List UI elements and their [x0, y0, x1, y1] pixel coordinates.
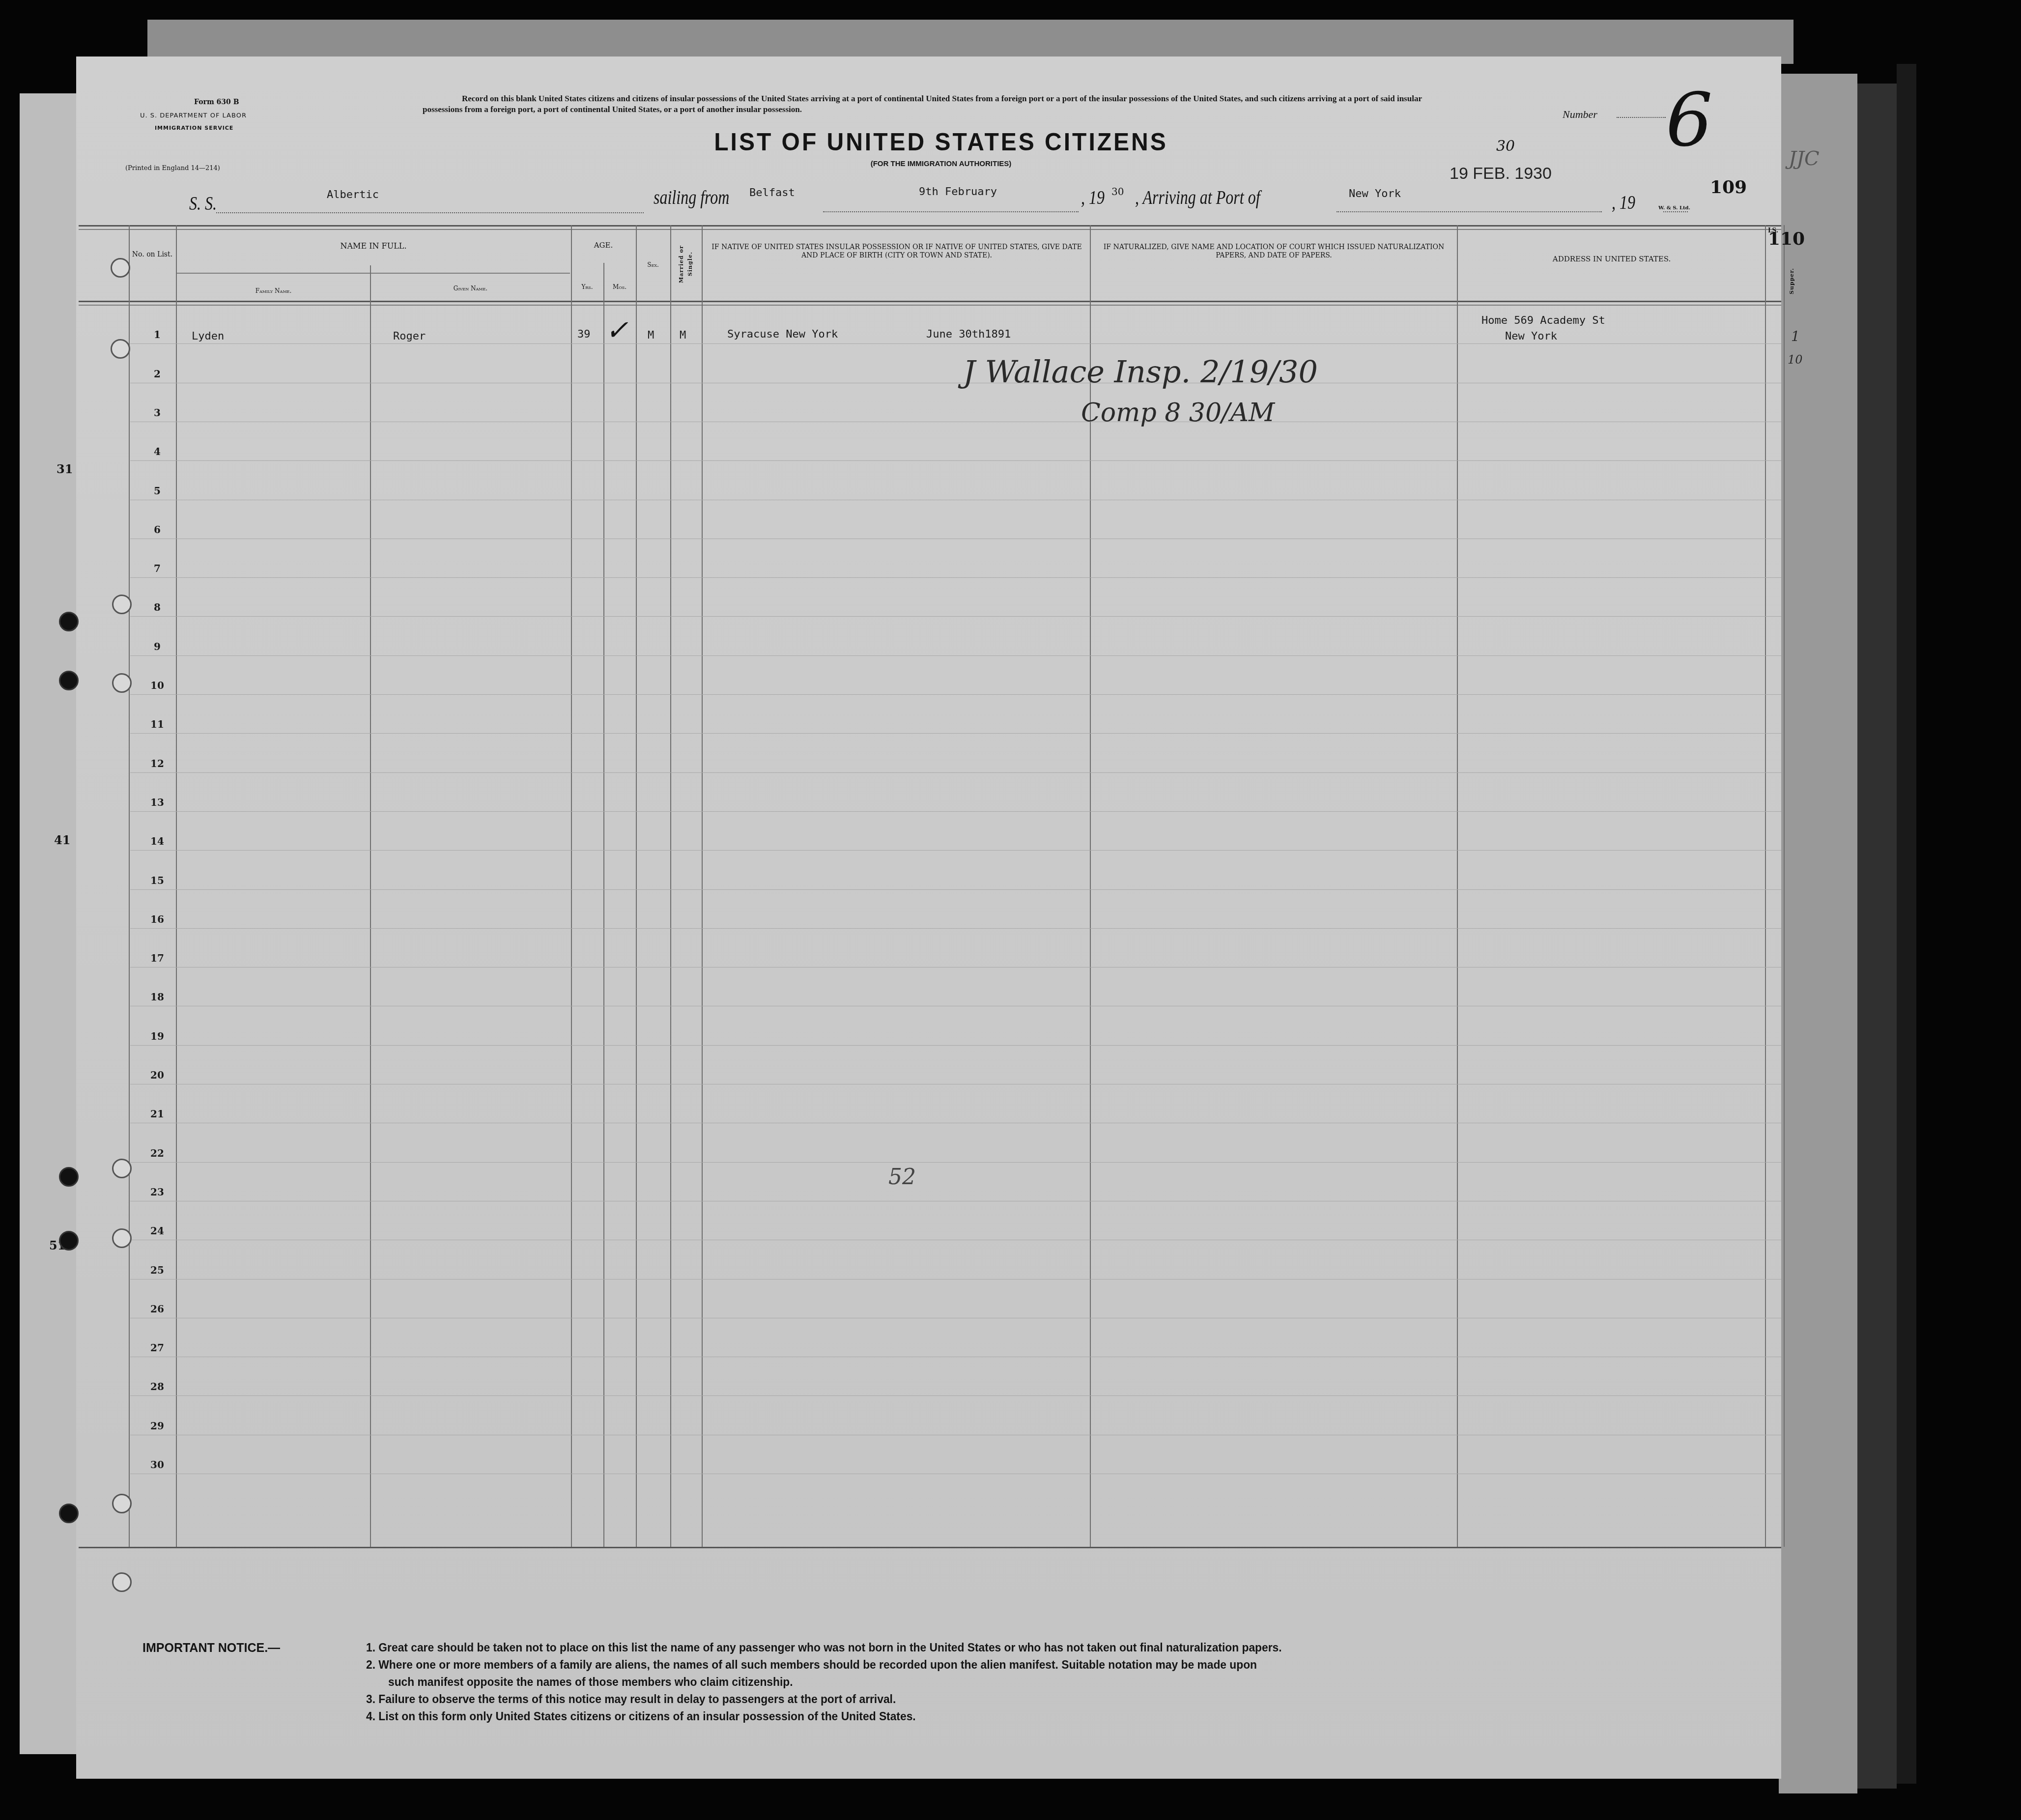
- notice-title: IMPORTANT NOTICE.—: [142, 1641, 280, 1655]
- row-divider: [130, 460, 1781, 461]
- row-number: 25: [142, 1264, 172, 1276]
- col-line-given: [571, 225, 572, 1547]
- entry-birth-date: June 30th1891: [926, 328, 1011, 341]
- header-sex: Sex.: [636, 260, 670, 269]
- row-divider: [130, 928, 1781, 929]
- stamp-annotation: 30: [1496, 138, 1515, 155]
- row-number: 19: [142, 1030, 172, 1042]
- row-divider: [130, 616, 1781, 617]
- row-divider: [130, 1474, 1781, 1474]
- punch-hole: [111, 258, 130, 278]
- ship-name: Albertic: [327, 189, 379, 201]
- row-divider: [130, 383, 1781, 383]
- form-instruction: Record on this blank United States citiz…: [423, 93, 1445, 115]
- row-number: 16: [142, 913, 172, 925]
- row-divider: [130, 655, 1781, 656]
- col-line-naturalized: [1457, 225, 1458, 1547]
- check-mark-icon: ✓: [605, 314, 628, 346]
- row-number: 22: [142, 1147, 172, 1159]
- row-number: 26: [142, 1303, 172, 1315]
- row-number: 12: [142, 758, 172, 769]
- notice-item-2: 2. Where one or more members of a family…: [366, 1658, 1257, 1672]
- col-line-family: [370, 265, 371, 1547]
- table-top-border: [79, 225, 1781, 227]
- header-given-name: Given Name.: [371, 284, 570, 293]
- entry-age-years: 39: [577, 328, 591, 341]
- notice-item-2-cont: such manifest opposite the names of thos…: [388, 1676, 793, 1689]
- col-line-address: [1765, 225, 1766, 1547]
- table-top-border-2: [79, 229, 1781, 230]
- row-divider: [130, 1435, 1781, 1435]
- row-number: 9: [142, 641, 172, 653]
- notice-item-3: 3. Failure to observe the terms of this …: [366, 1693, 896, 1706]
- sailing-from-label: sailing from: [654, 186, 729, 209]
- punch-hole: [111, 339, 130, 359]
- page-title: LIST OF UNITED STATES CITIZENS: [658, 128, 1224, 157]
- col-line-sex: [670, 225, 671, 1547]
- punch-hole: [59, 671, 79, 690]
- page-number: 109: [1710, 177, 1747, 198]
- row-divider: [130, 1162, 1781, 1163]
- entry-given-name: Roger: [393, 330, 426, 342]
- arrival-year-line: [1663, 211, 1688, 212]
- row-divider: [130, 811, 1781, 812]
- row-number: 10: [142, 680, 172, 691]
- supper-mark-2: 10: [1788, 353, 1803, 367]
- header-address: ADDRESS IN UNITED STATES.: [1459, 255, 1764, 263]
- arrival-port: New York: [1349, 188, 1401, 200]
- entry-sex: M: [648, 329, 654, 341]
- punch-hole: [59, 1231, 79, 1251]
- header-bottom-border-2: [79, 305, 1781, 306]
- port-field-line: [823, 211, 1079, 212]
- row-number: 7: [142, 563, 172, 574]
- row-divider: [130, 1123, 1781, 1123]
- header-no-on-list: No. on List.: [129, 251, 176, 258]
- row-number: 18: [142, 991, 172, 1003]
- entry-family-name: Lyden: [192, 330, 224, 342]
- page-subtitle: (FOR THE IMMIGRATION AUTHORITIES): [658, 160, 1224, 168]
- punch-hole: [112, 673, 132, 693]
- entry-address-line1: Home 569 Academy St: [1481, 314, 1605, 327]
- row-number: 30: [142, 1459, 172, 1471]
- date-stamp: 19 FEB. 1930: [1450, 164, 1552, 183]
- punch-hole: [112, 1494, 132, 1513]
- header-naturalization: IF NATURALIZED, GIVE NAME AND LOCATION O…: [1093, 243, 1454, 260]
- number-field-line: [1617, 117, 1666, 118]
- punch-hole: [112, 1228, 132, 1248]
- printer-mark: W. & S. Ltd.: [1658, 205, 1690, 211]
- row-number: 28: [142, 1381, 172, 1393]
- row-divider: [130, 1240, 1781, 1240]
- row-number: 20: [142, 1069, 172, 1081]
- department-name: U. S. DEPARTMENT OF LABOR: [140, 112, 247, 119]
- row-number: 23: [142, 1186, 172, 1198]
- row-divider: [130, 967, 1781, 967]
- row-divider: [130, 1395, 1781, 1396]
- form-number: Form 630 B: [194, 98, 239, 106]
- row-divider: [130, 577, 1781, 578]
- col-line-supper: [1784, 225, 1785, 1547]
- row-number: 2: [142, 368, 172, 380]
- header-birth-place: IF NATIVE OF UNITED STATES INSULAR POSSE…: [710, 243, 1083, 260]
- notice-item-1: 1. Great care should be taken not to pla…: [366, 1641, 1282, 1655]
- service-name: IMMIGRATION SERVICE: [155, 125, 233, 131]
- row-number: 8: [142, 601, 172, 613]
- supper-mark-1: 1: [1791, 328, 1800, 344]
- punch-hole: [59, 612, 79, 631]
- row-number: 5: [142, 485, 172, 497]
- ship-field-line: [216, 212, 644, 213]
- row-number: 15: [142, 875, 172, 886]
- header-supper: Supper.: [1788, 263, 1796, 300]
- row-divider: [130, 1201, 1781, 1201]
- row-divider: [130, 733, 1781, 734]
- col-line-yrs: [603, 263, 604, 1547]
- ss-label: S. S.: [189, 192, 217, 215]
- margin-number-41: 41: [54, 833, 70, 847]
- binding-edge: [1897, 64, 1916, 1784]
- margin-number-31: 31: [57, 462, 73, 476]
- underlying-page-right: JJC: [1779, 74, 1857, 1793]
- row-divider: [130, 343, 1781, 344]
- row-number: 11: [142, 718, 172, 730]
- center-pencil-mark: 52: [888, 1165, 916, 1190]
- arrival-field-line: [1337, 211, 1602, 212]
- row-divider: [130, 500, 1781, 500]
- row-divider: [130, 694, 1781, 695]
- sailing-year: 30: [1111, 186, 1124, 198]
- list-number-handwritten: 6: [1666, 84, 1712, 157]
- number-label: Number: [1563, 108, 1597, 121]
- row-number: 13: [142, 796, 172, 808]
- row-number: 17: [142, 952, 172, 964]
- departure-port: Belfast: [749, 187, 795, 199]
- header-married-single: Married or Single.: [677, 233, 695, 295]
- col-line-marital: [702, 225, 703, 1547]
- header-mos: Mos.: [603, 283, 636, 291]
- row-number: 14: [142, 835, 172, 847]
- notice-item-4: 4. List on this form only United States …: [366, 1710, 916, 1724]
- punch-hole: [112, 1572, 132, 1592]
- row-divider: [130, 889, 1781, 890]
- header-name-in-full: NAME IN FULL.: [177, 242, 570, 251]
- header-yrs: Yrs.: [571, 283, 603, 291]
- punch-hole: [59, 1167, 79, 1187]
- row-divider: [130, 422, 1781, 422]
- header-bottom-border: [79, 301, 1781, 302]
- year-prefix-label: , 19: [1081, 186, 1105, 209]
- entry-marital-status: M: [680, 329, 686, 341]
- row-number: 3: [142, 407, 172, 419]
- col-line-mos: [636, 225, 637, 1547]
- table-bottom-border: [79, 1547, 1781, 1548]
- row-divider: [130, 850, 1781, 851]
- punch-hole: [112, 595, 132, 614]
- row-number: 29: [142, 1420, 172, 1432]
- row-number: 24: [142, 1225, 172, 1237]
- initials-annotation: JJC: [1789, 147, 1820, 170]
- row-number: 27: [142, 1342, 172, 1354]
- col-line-margin: [129, 225, 130, 1547]
- row-divider: [130, 1318, 1781, 1318]
- entry-birth-place: Syracuse New York: [727, 328, 838, 341]
- printed-note: (Printed in England 14—214): [125, 165, 220, 172]
- row-divider: [130, 1357, 1781, 1357]
- row-divider: [130, 1006, 1781, 1006]
- row-divider: [130, 1045, 1781, 1046]
- row-number: 6: [142, 524, 172, 536]
- right-tab-number: 110: [1768, 228, 1805, 249]
- row-number: 21: [142, 1108, 172, 1120]
- inspector-time-note: Comp 8 30/AM: [1081, 398, 1275, 427]
- header-family-name: Family Name.: [177, 286, 370, 295]
- header-age: AGE.: [571, 241, 636, 250]
- punch-hole: [112, 1159, 132, 1178]
- row-number: 1: [142, 329, 172, 341]
- inspector-signature: J Wallace Insp. 2/19/30: [963, 354, 1318, 390]
- arriving-label: , Arriving at Port of: [1135, 186, 1260, 209]
- col-line-no: [176, 225, 177, 1547]
- punch-hole: [59, 1504, 79, 1523]
- entry-address-line2: New York: [1505, 330, 1557, 342]
- arrival-year-label: , 19: [1612, 191, 1635, 214]
- row-divider: [130, 539, 1781, 539]
- row-divider: [130, 772, 1781, 773]
- row-number: 4: [142, 446, 172, 457]
- sailing-date: 9th February: [919, 186, 997, 198]
- row-divider: [130, 1084, 1781, 1084]
- name-subheader-rule: [177, 273, 570, 274]
- binding-strip: [1857, 84, 1897, 1789]
- row-divider: [130, 1279, 1781, 1280]
